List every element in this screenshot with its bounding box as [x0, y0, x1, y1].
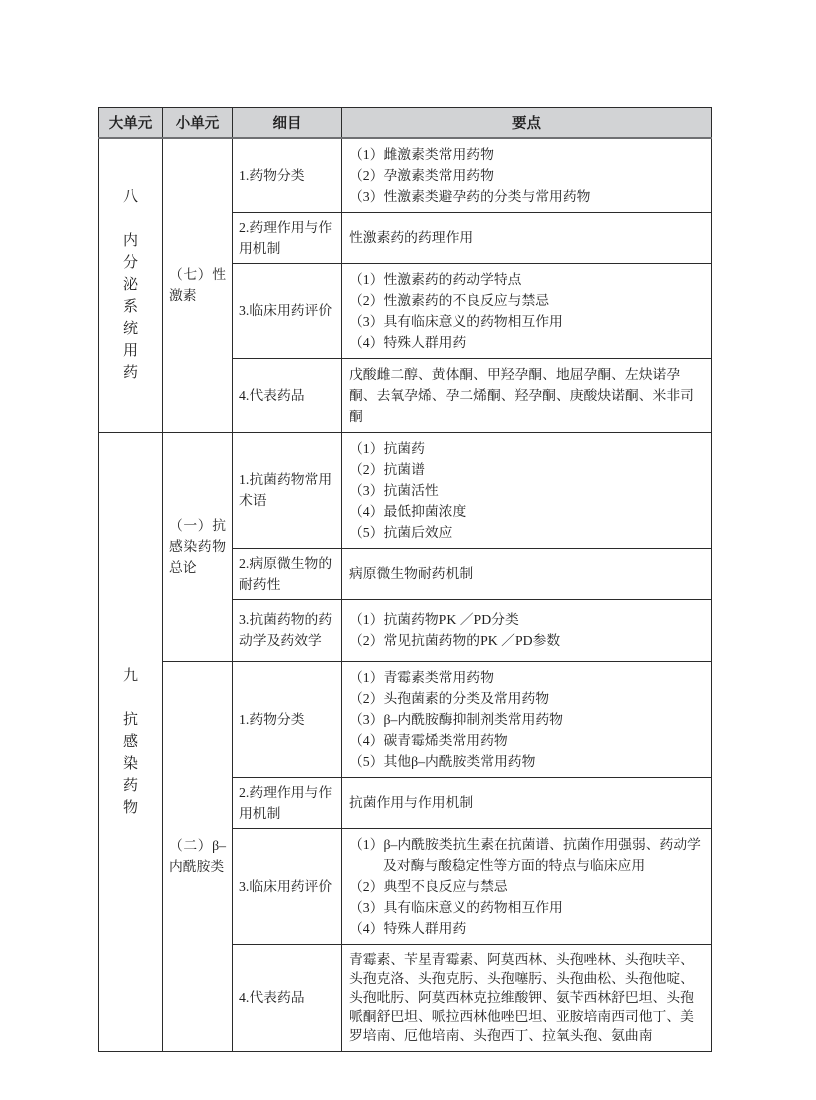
- point-item: （1）β–内酰胺类抗生素在抗菌谱、抗菌作用强弱、药动学及对酶与酸稳定性等方面的特…: [349, 834, 705, 876]
- point-item: （3）具有临床意义的药物相互作用: [349, 897, 705, 918]
- point-item: （1）青霉素类常用药物: [349, 667, 705, 688]
- point-item: （2）性激素药的不良反应与禁忌: [349, 290, 705, 311]
- column-header-subunit: 小单元: [163, 108, 233, 138]
- points-cell: （1）β–内酰胺类抗生素在抗菌谱、抗菌作用强弱、药动学及对酶与酸稳定性等方面的特…: [342, 828, 712, 944]
- points-cell: （1）抗菌药物PK ／PD分类 （2）常见抗菌药物的PK ／PD参数: [342, 599, 712, 661]
- point-item: 青霉素、苄星青霉素、阿莫西林、头孢唑林、头孢呋辛、头孢克洛、头孢克肟、头孢噻肟、…: [349, 950, 705, 1046]
- points-cell: （1）抗菌药 （2）抗菌谱 （3）抗菌活性 （4）最低抑菌浓度 （5）抗菌后效应: [342, 432, 712, 548]
- subunit-cell: （七）性激素: [163, 138, 233, 433]
- point-item: （4）最低抑菌浓度: [349, 501, 705, 522]
- detail-cell: 2.药理作用与作用机制: [233, 212, 342, 263]
- point-item: （3）性激素类避孕药的分类与常用药物: [349, 186, 705, 207]
- unit-name: 抗感染药物: [122, 709, 139, 819]
- subunit-cell: （一）抗感染药物总论: [163, 432, 233, 661]
- column-header-unit: 大单元: [99, 108, 163, 138]
- unit-cell: 九 抗感染药物: [99, 432, 163, 1051]
- points-cell: 青霉素、苄星青霉素、阿莫西林、头孢唑林、头孢呋辛、头孢克洛、头孢克肟、头孢噻肟、…: [342, 944, 712, 1051]
- subunit-cell: （二）β–内酰胺类: [163, 661, 233, 1051]
- points-cell: 性激素药的药理作用: [342, 212, 712, 263]
- points-cell: （1）性激素药的药动学特点 （2）性激素药的不良反应与禁忌 （3）具有临床意义的…: [342, 263, 712, 358]
- detail-cell: 3.临床用药评价: [233, 263, 342, 358]
- unit-cell: 八 内分泌系统用药: [99, 138, 163, 433]
- detail-cell: 4.代表药品: [233, 944, 342, 1051]
- column-header-detail: 细目: [233, 108, 342, 138]
- point-item: （2）典型不良反应与禁忌: [349, 876, 705, 897]
- point-item: （4）碳青霉烯类常用药物: [349, 730, 705, 751]
- subunit-label: （二）β–内酰胺类: [169, 835, 226, 877]
- detail-cell: 2.药理作用与作用机制: [233, 777, 342, 828]
- point-item: （1）雌激素类常用药物: [349, 144, 705, 165]
- point-item: （2）孕激素类常用药物: [349, 165, 705, 186]
- point-item: （2）抗菌谱: [349, 459, 705, 480]
- point-item: （5）其他β–内酰胺类常用药物: [349, 751, 705, 772]
- unit-name: 内分泌系统用药: [122, 230, 139, 384]
- points-cell: （1）雌激素类常用药物 （2）孕激素类常用药物 （3）性激素类避孕药的分类与常用…: [342, 138, 712, 213]
- table-row: 九 抗感染药物 （一）抗感染药物总论 1.抗菌药物常用术语 （1）抗菌药 （2）…: [99, 432, 712, 548]
- points-cell: 戊酸雌二醇、黄体酮、甲羟孕酮、地屈孕酮、左炔诺孕酮、去氧孕烯、孕二烯酮、羟孕酮、…: [342, 358, 712, 432]
- point-item: （2）常见抗菌药物的PK ／PD参数: [349, 630, 705, 651]
- detail-cell: 1.药物分类: [233, 138, 342, 213]
- detail-cell: 4.代表药品: [233, 358, 342, 432]
- points-cell: （1）青霉素类常用药物 （2）头孢菌素的分类及常用药物 （3）β–内酰胺酶抑制剂…: [342, 661, 712, 777]
- column-header-points: 要点: [342, 108, 712, 138]
- point-item: （1）抗菌药物PK ／PD分类: [349, 609, 705, 630]
- point-item: （3）β–内酰胺酶抑制剂类常用药物: [349, 709, 705, 730]
- point-item: （4）特殊人群用药: [349, 918, 705, 939]
- document-page: 大单元 小单元 细目 要点 八 内分泌系统用药 （七）性激素 1.药物分类 （1…: [0, 0, 816, 1100]
- table-row: （二）β–内酰胺类 1.药物分类 （1）青霉素类常用药物 （2）头孢菌素的分类及…: [99, 661, 712, 777]
- detail-cell: 1.药物分类: [233, 661, 342, 777]
- point-item: （1）抗菌药: [349, 438, 705, 459]
- point-item: （3）具有临床意义的药物相互作用: [349, 311, 705, 332]
- points-cell: 病原微生物耐药机制: [342, 548, 712, 599]
- detail-cell: 2.病原微生物的耐药性: [233, 548, 342, 599]
- point-item: 抗菌作用与作用机制: [349, 792, 705, 813]
- point-item: （3）抗菌活性: [349, 480, 705, 501]
- syllabus-table: 大单元 小单元 细目 要点 八 内分泌系统用药 （七）性激素 1.药物分类 （1…: [98, 107, 712, 1052]
- subunit-label: （七）性激素: [169, 264, 226, 306]
- point-item: 性激素药的药理作用: [349, 227, 705, 248]
- table-header-row: 大单元 小单元 细目 要点: [99, 108, 712, 138]
- point-item: 病原微生物耐药机制: [349, 563, 705, 584]
- detail-cell: 3.抗菌药物的药动学及药效学: [233, 599, 342, 661]
- unit-number: 八: [99, 186, 162, 208]
- subunit-label: （一）抗感染药物总论: [169, 515, 226, 578]
- unit-number: 九: [99, 665, 162, 687]
- points-cell: 抗菌作用与作用机制: [342, 777, 712, 828]
- point-item: （1）性激素药的药动学特点: [349, 269, 705, 290]
- detail-cell: 1.抗菌药物常用术语: [233, 432, 342, 548]
- detail-cell: 3.临床用药评价: [233, 828, 342, 944]
- point-item: （2）头孢菌素的分类及常用药物: [349, 688, 705, 709]
- point-item: 戊酸雌二醇、黄体酮、甲羟孕酮、地屈孕酮、左炔诺孕酮、去氧孕烯、孕二烯酮、羟孕酮、…: [349, 364, 705, 427]
- point-item: （4）特殊人群用药: [349, 332, 705, 353]
- point-item: （5）抗菌后效应: [349, 522, 705, 543]
- table-row: 八 内分泌系统用药 （七）性激素 1.药物分类 （1）雌激素类常用药物 （2）孕…: [99, 138, 712, 213]
